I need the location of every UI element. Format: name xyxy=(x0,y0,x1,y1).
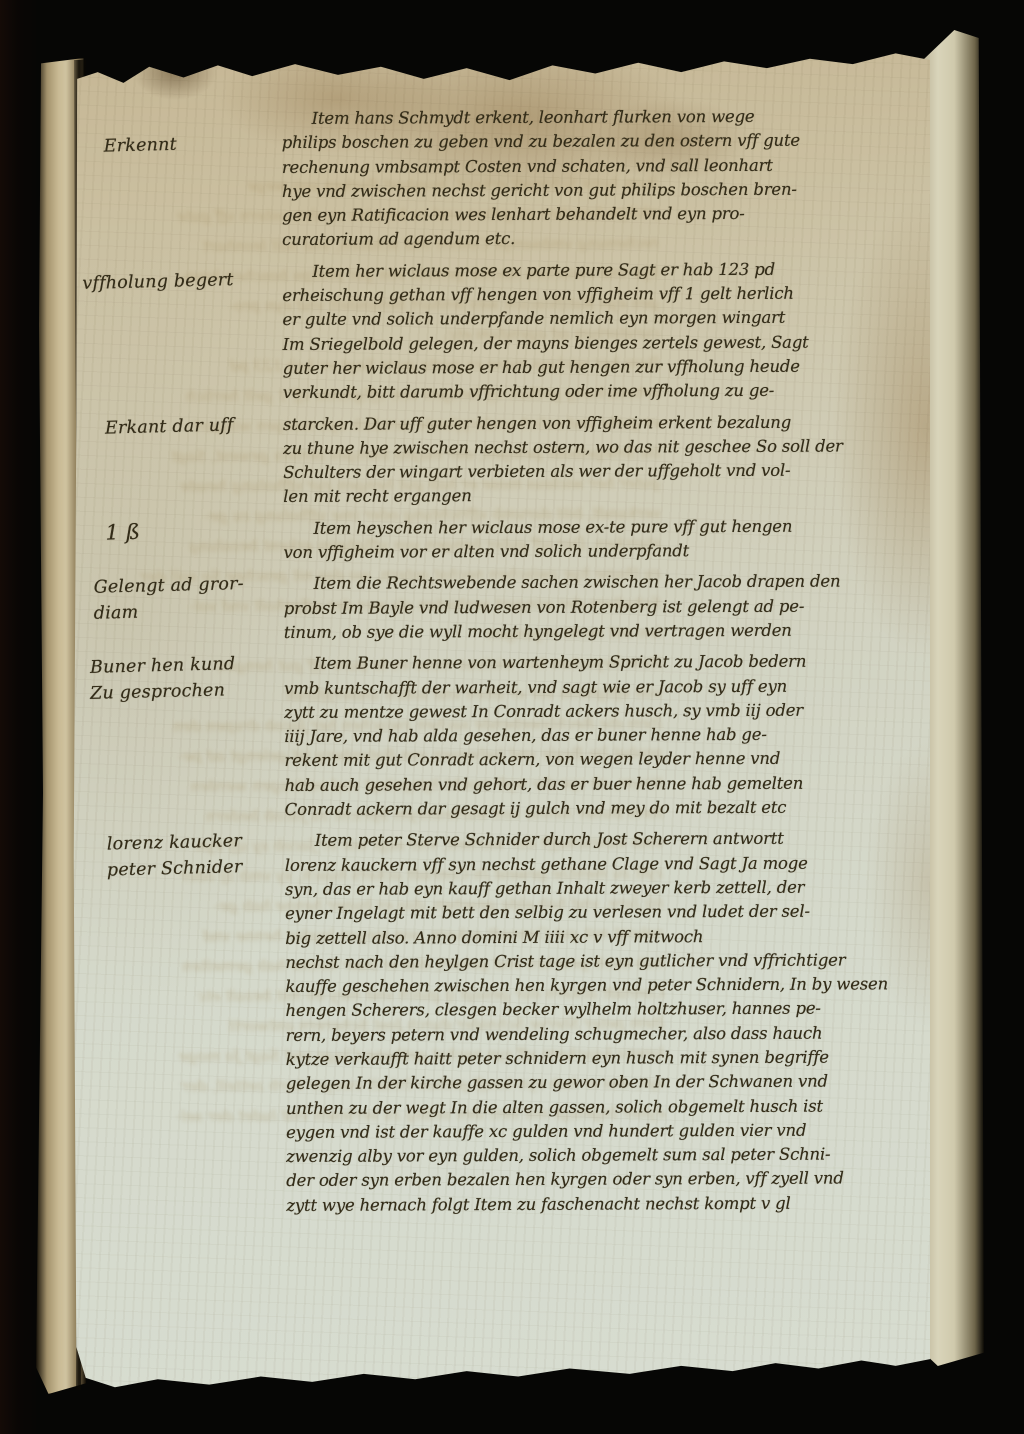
text-line: Schulters der wingart verbieten als wer … xyxy=(283,458,923,485)
text-column: Item Buner henne von wartenheym Spricht … xyxy=(284,649,925,822)
text-line: Item die Rechtswebende sachen zwischen h… xyxy=(284,569,924,596)
text-column: Item peter Sterve Schnider durch Jost Sc… xyxy=(285,826,927,1218)
text-line: vmb kuntschafft der warheit, vnd sagt wi… xyxy=(284,674,924,701)
margin-note: Erkant dar uff xyxy=(105,411,284,441)
margin-column: Gelengt ad gror-diam xyxy=(78,572,284,646)
text-line: tinum, ob sye die wyll mocht hyngelegt v… xyxy=(284,618,924,645)
text-line: curatorium ad agendum etc. xyxy=(282,226,922,253)
text-line: Item heyschen her wiclaus mose ex-te pur… xyxy=(283,514,923,541)
margin-note: 1 ß xyxy=(105,515,284,545)
text-line: erheischung gethan vff hengen von vffigh… xyxy=(282,281,922,308)
text-line: kauffe geschehen zwischen hen kyrgen vnd… xyxy=(285,972,925,999)
text-line: Item hans Schmydt erkent, leonhart flurk… xyxy=(282,104,922,131)
margin-note: vffholung begert xyxy=(82,266,283,297)
text-line: unthen zu der wegt In die alten gassen, … xyxy=(286,1094,926,1121)
text-column: Item her wiclaus mose ex parte pure Sagt… xyxy=(282,257,923,406)
text-column: starcken. Dar uff guter hengen von vffig… xyxy=(283,410,923,510)
manuscript-section: Buner hen kundZu gesprochen Item Buner h… xyxy=(78,649,925,823)
text-line: zytt wye hernach folgt Item zu faschenac… xyxy=(286,1191,926,1218)
margin-column: Erkant dar uff xyxy=(77,413,283,511)
text-column: Item die Rechtswebende sachen zwischen h… xyxy=(284,569,924,645)
margin-column: vffholung begert xyxy=(76,260,283,407)
text-line: gelegen In der kirche gassen zu gewor ob… xyxy=(286,1069,926,1096)
margin-column: Buner hen kundZu gesprochen xyxy=(78,652,285,823)
text-line: zu thune hye zwischen nechst ostern, wo … xyxy=(283,434,923,461)
text-line: Conradt ackern dar gesagt ij gulch vnd m… xyxy=(285,795,925,822)
text-line: eygen vnd ist der kauffe xc gulden vnd h… xyxy=(286,1118,926,1145)
manuscript-section: vffholung begert Item her wiclaus mose e… xyxy=(76,257,923,406)
manuscript-section: Erkant dar uff starcken. Dar uff guter h… xyxy=(77,410,923,511)
manuscript-section: lorenz kauckerpeter Schnider Item peter … xyxy=(79,826,927,1218)
text-line: kytze verkaufft haitt peter schnidern ey… xyxy=(286,1045,926,1072)
manuscript-photo: Item hans Schmydt erkent, leonhart flurk… xyxy=(0,0,1024,1434)
manuscript-text: Erkennt Item hans Schmydt erkent, leonha… xyxy=(76,104,927,1219)
text-line: starcken. Dar uff guter hengen von vffig… xyxy=(283,410,923,437)
text-line: verkundt, bitt darumb vffrichtung oder i… xyxy=(283,378,923,405)
text-line: der oder syn erben bezalen hen kyrgen od… xyxy=(286,1167,926,1194)
manuscript-page: Item hans Schmydt erkent, leonhart flurk… xyxy=(72,52,930,1394)
text-line: Item her wiclaus mose ex parte pure Sagt… xyxy=(282,257,922,284)
text-line: guter her wiclaus mose er hab gut hengen… xyxy=(283,354,923,381)
text-line: syn, das er hab eyn kauff gethan Inhalt … xyxy=(285,875,925,902)
text-line: Item peter Sterve Schnider durch Jost Sc… xyxy=(285,826,925,853)
margin-note: diam xyxy=(93,596,284,627)
text-line: rechenung vmbsampt Costen vnd schaten, v… xyxy=(282,153,922,180)
text-line: philips boschen zu geben vnd zu bezalen … xyxy=(282,128,922,155)
text-line: iiij Jare, vnd hab alda gesehen, das er … xyxy=(284,722,924,749)
text-line: von vffigheim vor er alten vnd solich un… xyxy=(283,538,923,565)
text-line: rern, beyers petern vnd wendeling schugm… xyxy=(286,1021,926,1048)
text-line: Im Sriegelbold gelegen, der mayns bienge… xyxy=(283,330,923,357)
text-line: gen eyn Ratificacion wes lenhart behande… xyxy=(282,201,922,228)
text-line: big zettell also. Anno domini M iiii xc … xyxy=(285,924,925,951)
text-line: hye vnd zwischen nechst gericht von gut … xyxy=(282,177,922,204)
margin-note: peter Schnider xyxy=(107,853,286,883)
text-line: hab auch gesehen vnd gehort, das er buer… xyxy=(284,771,924,798)
text-column: Item heyschen her wiclaus mose ex-te pur… xyxy=(283,514,923,565)
margin-column: Erkennt xyxy=(76,107,283,254)
text-line: Item Buner henne von wartenheym Spricht … xyxy=(284,649,924,676)
text-line: nechst nach den heylgen Crist tage ist e… xyxy=(285,948,925,975)
text-line: rekent mit gut Conradt ackern, von wegen… xyxy=(284,747,924,774)
margin-column: 1 ß xyxy=(77,517,283,566)
text-line: len mit recht ergangen xyxy=(283,483,923,510)
text-line: zytt zu mentze gewest In Conradt ackers … xyxy=(284,698,924,725)
manuscript-section: Erkennt Item hans Schmydt erkent, leonha… xyxy=(76,104,923,253)
manuscript-section: Gelengt ad gror-diam Item die Rechtswebe… xyxy=(78,569,924,646)
text-line: zwenzig alby vor eyn gulden, solich obge… xyxy=(286,1142,926,1169)
manuscript-section: 1 ß Item heyschen her wiclaus mose ex-te… xyxy=(77,514,923,566)
text-line: eyner Ingelagt mit bett den selbig zu ve… xyxy=(285,899,925,926)
text-line: probst Im Bayle vnd ludwesen von Rotenbe… xyxy=(284,594,924,621)
text-column: Item hans Schmydt erkent, leonhart flurk… xyxy=(282,104,923,253)
margin-column: lorenz kauckerpeter Schnider xyxy=(79,829,287,1219)
margin-note: Zu gesprochen xyxy=(90,676,285,707)
text-line: er gulte vnd solich underpfande nemlich … xyxy=(282,306,922,333)
margin-note: Erkennt xyxy=(103,129,282,159)
text-line: hengen Scherers, clesgen becker wylhelm … xyxy=(285,997,925,1024)
text-line: lorenz kauckern vff syn nechst gethane C… xyxy=(285,851,925,878)
